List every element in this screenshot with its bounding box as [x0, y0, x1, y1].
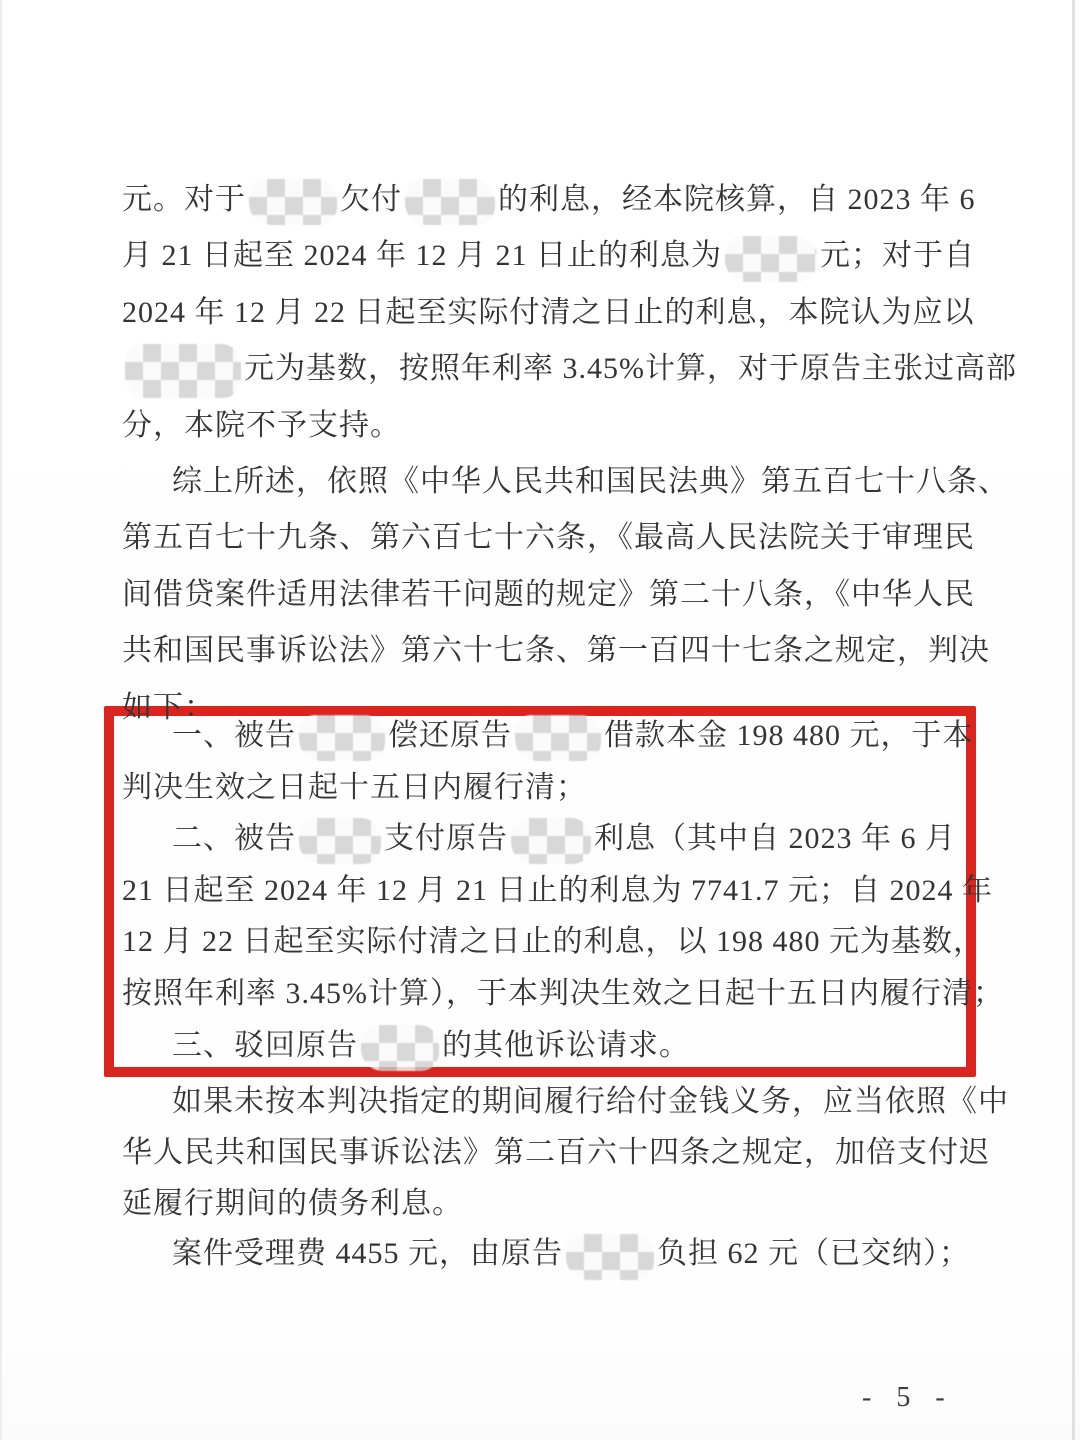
text-segment: 共和国民事诉讼法》第六十七条、第一百四十七条之规定，判决: [122, 634, 990, 667]
text-segment: 元；对于自: [820, 239, 975, 272]
text-segment: 月 21 日起至 2024 年 12 月 21 日止的利息为: [122, 239, 722, 272]
text-line: 共和国民事诉讼法》第六十七条、第一百四十七条之规定，判决: [122, 623, 962, 679]
redaction-mosaic: [511, 818, 591, 864]
redaction-mosaic: [515, 715, 601, 761]
text-segment: 2024 年 12 月 22 日起至实际付清之日止的利息，本院认为应以: [122, 296, 975, 329]
text-segment: 的其他诉讼请求。: [442, 1029, 690, 1062]
text-segment: 的利息，经本院核算，自 2023 年 6: [498, 183, 976, 216]
text-line: 三、驳回原告的其他诉讼请求。: [122, 1020, 962, 1072]
text-segment: 三、驳回原告: [172, 1029, 358, 1062]
text-segment: 负担 62 元（已交纳）；: [657, 1237, 970, 1270]
text-segment: 欠付: [340, 183, 402, 216]
text-segment: 元为基数，按照年利率 3.45%计算，对于原告主张过高部: [244, 352, 1017, 385]
text-line: 延履行期间的债务利息。: [122, 1179, 962, 1230]
text-line: 判决生效之日起十五日内履行清；: [122, 762, 962, 814]
text-line: 12 月 22 日起至实际付清之日止的利息，以 198 480 元为基数，: [122, 916, 962, 968]
text-segment: 分，本院不予支持。: [122, 409, 401, 442]
text-segment: 偿还原告: [388, 719, 512, 752]
text-segment: 综上所述，依照《中华人民共和国民法典》第五百七十八条、: [172, 465, 1009, 498]
text-line: 一、被告偿还原告借款本金 198 480 元，于本: [122, 710, 962, 762]
redaction-mosaic: [725, 236, 817, 282]
text-line: 按照年利率 3.45%计算），于本判决生效之日起十五日内履行清；: [122, 968, 962, 1020]
section-judgment-items: 一、被告偿还原告借款本金 198 480 元，于本判决生效之日起十五日内履行清；…: [122, 710, 962, 1071]
text-segment: 间借贷案件适用法律若干问题的规定》第二十八条，《中华人民: [122, 578, 975, 611]
redaction-mosaic: [249, 179, 337, 225]
text-segment: 元。对于: [122, 183, 246, 216]
scanned-document-page: 元。对于欠付的利息，经本院核算，自 2023 年 6月 21 日起至 2024 …: [0, 0, 1080, 1440]
redaction-mosaic: [125, 344, 241, 398]
page-right-edge-shadow: [1072, 0, 1075, 1440]
text-segment: 案件受理费 4455 元，由原告: [172, 1237, 563, 1270]
text-segment: 华人民共和国民事诉讼法》第二百六十四条之规定，加倍支付迟: [122, 1136, 990, 1169]
text-line: 案件受理费 4455 元，由原告负担 62 元（已交纳）；: [122, 1229, 962, 1280]
text-segment: 利息（其中自 2023 年 6 月: [594, 822, 956, 855]
text-segment: 12 月 22 日起至实际付清之日止的利息，以 198 480 元为基数，: [122, 925, 984, 958]
text-segment: 按照年利率 3.45%计算），于本判决生效之日起十五日内履行清；: [122, 977, 1004, 1010]
text-line: 元。对于欠付的利息，经本院核算，自 2023 年 6: [122, 172, 962, 228]
redaction-mosaic: [299, 818, 381, 864]
text-line: 间借贷案件适用法律若干问题的规定》第二十八条，《中华人民: [122, 567, 962, 623]
text-line: 元为基数，按照年利率 3.45%计算，对于原告主张过高部: [122, 341, 962, 397]
text-segment: 二、被告: [172, 822, 296, 855]
text-segment: 21 日起至 2024 年 12 月 21 日止的利息为 7741.7 元；自 …: [122, 874, 993, 907]
text-segment: 延履行期间的债务利息。: [122, 1187, 463, 1220]
text-segment: 如果未按本判决指定的期间履行给付金钱义务，应当依照《中: [172, 1085, 1009, 1118]
text-line: 第五百七十九条、第六百七十六条，《最高人民法院关于审理民: [122, 510, 962, 566]
page-number: - 5 -: [862, 1382, 954, 1414]
text-line: 如果未按本判决指定的期间履行给付金钱义务，应当依照《中: [122, 1077, 962, 1128]
text-segment: 第五百七十九条、第六百七十六条，《最高人民法院关于审理民: [122, 521, 975, 554]
text-line: 综上所述，依照《中华人民共和国民法典》第五百七十八条、: [122, 454, 962, 510]
redaction-mosaic: [566, 1234, 654, 1280]
section-body-upper: 元。对于欠付的利息，经本院核算，自 2023 年 6月 21 日起至 2024 …: [122, 172, 962, 736]
text-line: 分，本院不予支持。: [122, 398, 962, 454]
text-line: 2024 年 12 月 22 日起至实际付清之日止的利息，本院认为应以: [122, 285, 962, 341]
text-segment: 一、被告: [172, 719, 296, 752]
redaction-mosaic: [299, 715, 385, 761]
text-segment: 借款本金 198 480 元，于本: [604, 719, 974, 752]
text-line: 二、被告支付原告利息（其中自 2023 年 6 月: [122, 813, 962, 865]
section-body-lower: 如果未按本判决指定的期间履行给付金钱义务，应当依照《中华人民共和国民事诉讼法》第…: [122, 1077, 962, 1280]
text-line: 21 日起至 2024 年 12 月 21 日止的利息为 7741.7 元；自 …: [122, 865, 962, 917]
page-left-edge-shadow: [0, 0, 2, 1440]
text-line: 华人民共和国民事诉讼法》第二百六十四条之规定，加倍支付迟: [122, 1128, 962, 1179]
text-segment: 支付原告: [384, 822, 508, 855]
text-line: 月 21 日起至 2024 年 12 月 21 日止的利息为元；对于自: [122, 228, 962, 284]
redaction-mosaic: [405, 179, 495, 225]
redaction-mosaic: [361, 1025, 439, 1071]
text-segment: 判决生效之日起十五日内履行清；: [122, 771, 587, 804]
